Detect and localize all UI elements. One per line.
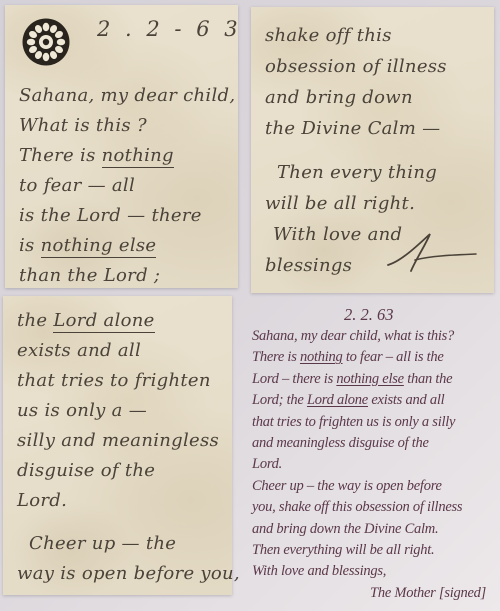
text-line: is the Lord — there: [19, 201, 232, 231]
scan-page-1: 2 . 2 - 6 3 Sahana, my dear child,What i…: [5, 5, 238, 288]
text-line: the Lord alone: [17, 306, 226, 336]
text-line: and meaningless disguise of the: [252, 433, 498, 454]
text-line: There is nothing to fear – all is the: [252, 347, 498, 368]
text-line: exists and all: [17, 336, 226, 366]
text-line: way is open before you,: [17, 559, 226, 589]
text-line: is nothing else: [19, 231, 232, 261]
letter-collage: 2 . 2 - 6 3 Sahana, my dear child,What i…: [0, 0, 500, 611]
mother-signature-icon: [382, 231, 482, 277]
text-line: you, shake off this obsession of illness: [252, 497, 498, 518]
text-line: and bring down: [265, 82, 488, 113]
text-line: Lord; the Lord alone exists and all: [252, 390, 498, 411]
text-line: The Mother [signed]: [252, 583, 498, 604]
text-line: Lord.: [17, 486, 226, 516]
text-line: Then every thing: [265, 157, 488, 188]
text-line: will be all right.: [265, 188, 488, 219]
handwritten-date: 2 . 2 - 6 3: [97, 17, 242, 41]
text-line: Then everything will be all right.: [252, 540, 498, 561]
handwriting-lines-page3: the Lord aloneexists and allthat tries t…: [17, 306, 226, 589]
scan-page-3: the Lord aloneexists and allthat tries t…: [3, 296, 232, 595]
text-line: shake off this: [265, 20, 488, 51]
text-line: us is only a —: [17, 396, 226, 426]
text-line: than the Lord ;: [19, 261, 232, 291]
transcription-panel: 2. 2. 63 Sahana, my dear child, what is …: [252, 303, 498, 604]
text-line: the Divine Calm —: [265, 113, 488, 144]
mother-symbol-icon: [21, 17, 71, 67]
text-line: to fear — all: [19, 171, 232, 201]
text-line: What is this ?: [19, 111, 232, 141]
text-line: Cheer up — the: [17, 529, 226, 559]
text-line: Cheer up – the way is open before: [252, 476, 498, 497]
transcription-lines: Sahana, my dear child, what is this?Ther…: [252, 326, 498, 604]
text-line: obsession of illness: [265, 51, 488, 82]
text-line: Lord – there is nothing else than the: [252, 369, 498, 390]
text-line: Sahana, my dear child, what is this?: [252, 326, 498, 347]
text-line: that tries to frighten: [17, 366, 226, 396]
text-line: Lord.: [252, 454, 498, 475]
text-line: disguise of the: [17, 456, 226, 486]
text-line: silly and meaningless: [17, 426, 226, 456]
text-line: that tries to frighten us is only a sill…: [252, 412, 498, 433]
text-line: Sahana, my dear child,: [19, 81, 232, 111]
handwriting-lines-page1: Sahana, my dear child,What is this ?Ther…: [19, 81, 232, 291]
scan-page-2: shake off thisobsession of illnessand br…: [251, 7, 494, 293]
transcription-date: 2. 2. 63: [252, 303, 498, 326]
text-line: and bring down the Divine Calm.: [252, 519, 498, 540]
text-line: There is nothing: [19, 141, 232, 171]
text-line: With love and blessings,: [252, 561, 498, 582]
